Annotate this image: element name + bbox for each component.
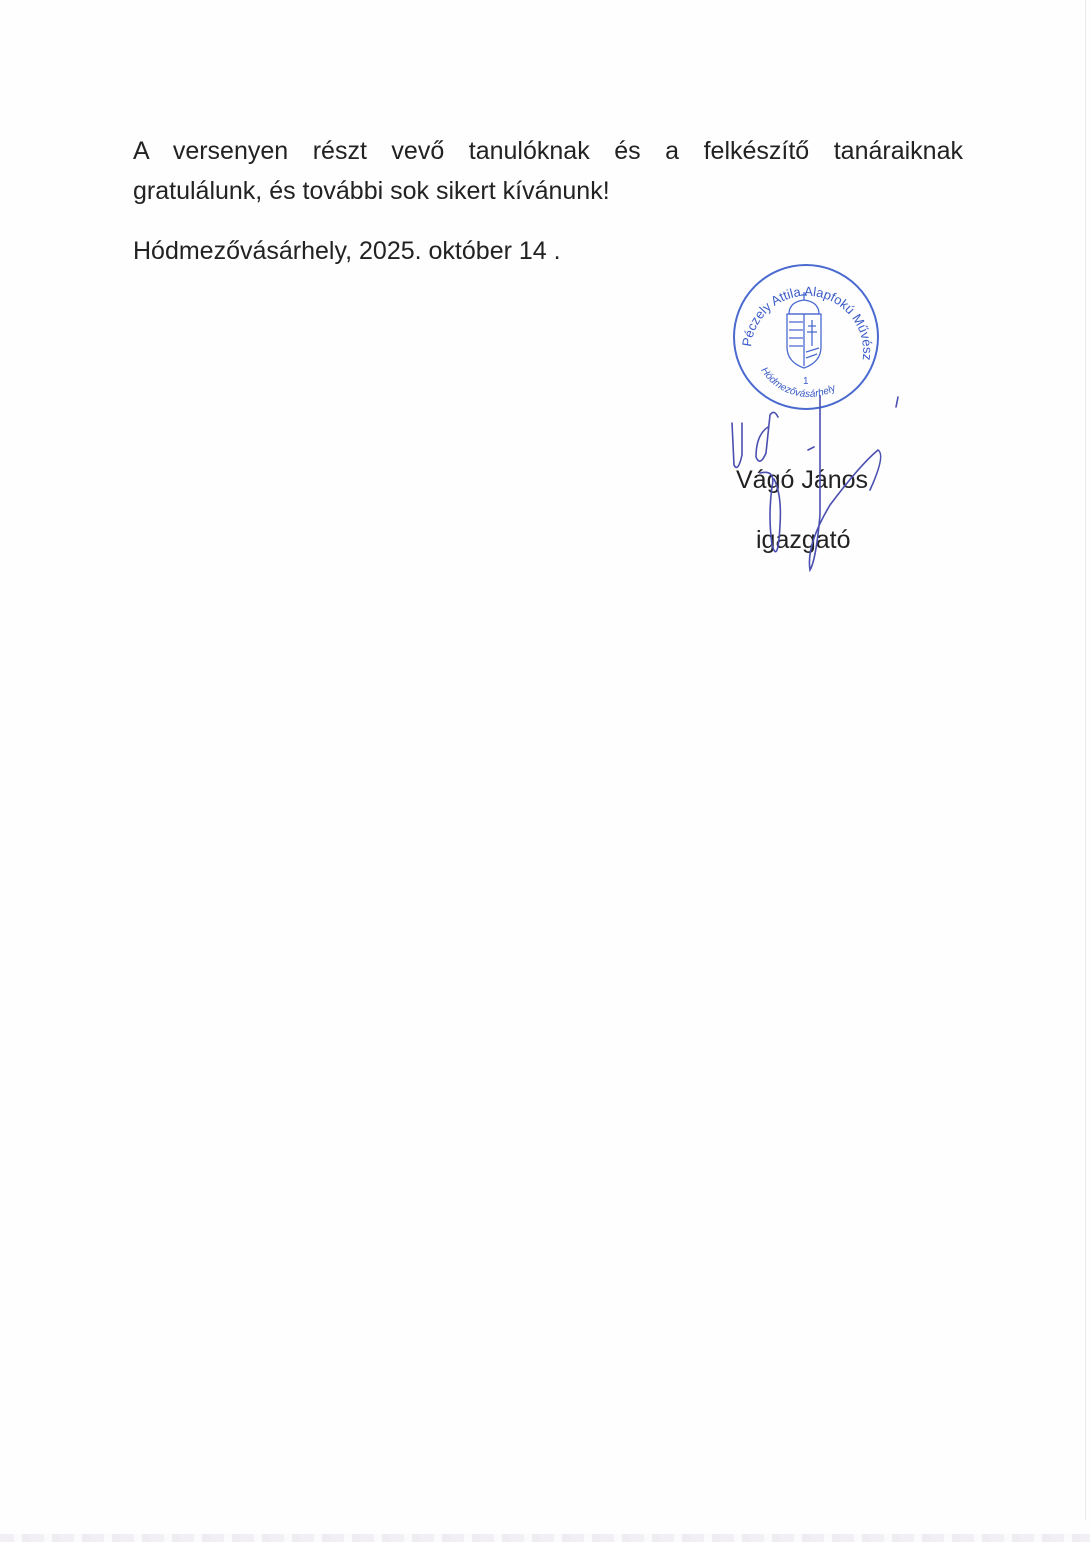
scan-edge-right (1085, 0, 1086, 1520)
coat-of-arms-icon (787, 292, 821, 368)
stamp-number: 1 (803, 376, 809, 387)
congratulation-paragraph: A versenyen részt vevő tanulóknak és a f… (133, 131, 963, 211)
handwritten-signature (720, 395, 920, 580)
paragraph-line-2: gratulálunk, és további sok sikert kíván… (133, 177, 610, 205)
stamp-text-top: Péczely Attila Alapfokú Művészeti Iskola (731, 262, 875, 361)
school-stamp: Péczely Attila Alapfokú Művészeti Iskola… (731, 262, 881, 412)
paragraph-line-1: A versenyen részt vevő tanulóknak és a f… (133, 131, 963, 171)
scan-edge-bottom (0, 1534, 1090, 1542)
place-date: Hódmezővásárhely, 2025. október 14 . (133, 231, 561, 271)
svg-text:Péczely Attila Alapfokú Művész: Péczely Attila Alapfokú Művészeti Iskola (731, 262, 875, 361)
